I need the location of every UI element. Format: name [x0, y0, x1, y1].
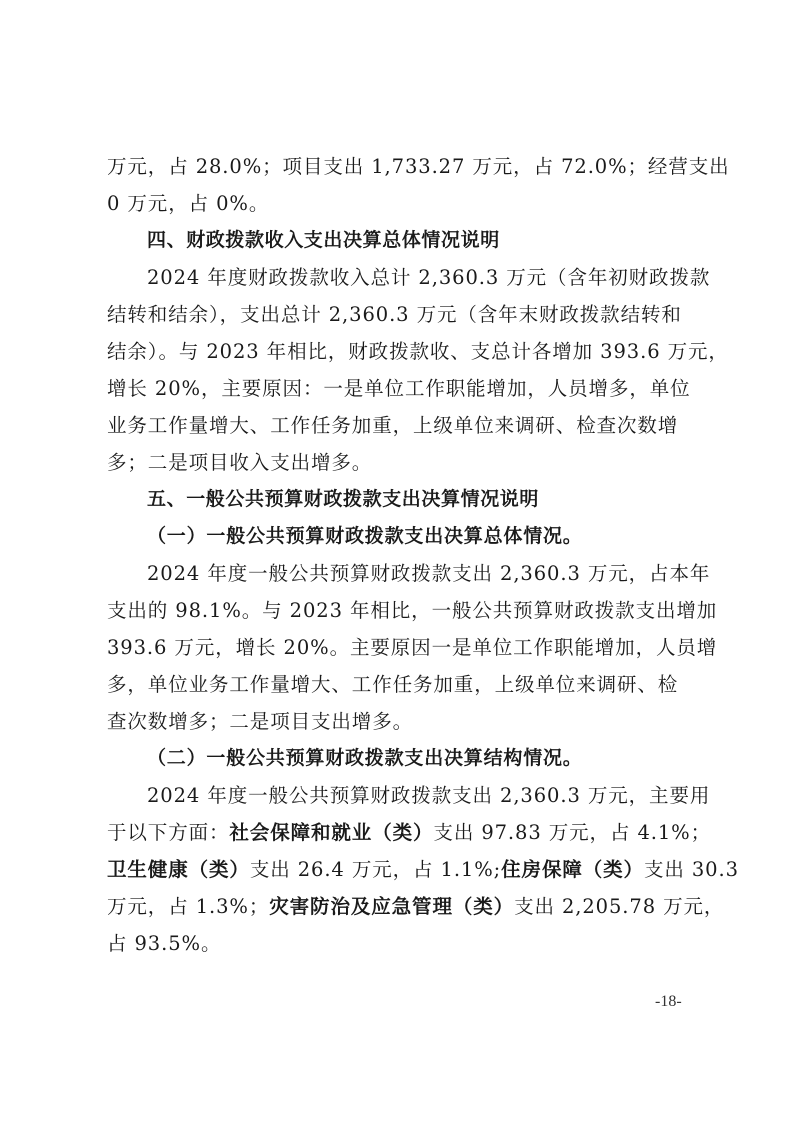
category-label: 住房保障（类）: [501, 858, 644, 881]
body-line: 2024 年度一般公共预算财政拨款支出 2,360.3 万元，主要用: [107, 777, 691, 814]
text-segment: 于以下方面：: [107, 821, 229, 844]
text-segment: 2024 年度一般公共预算财政拨款支出 2,360.3 万元，主要用: [147, 784, 710, 807]
text-segment: 2024 年度财政拨款收入总计 2,360.3 万元（含年初财政拨款: [147, 266, 710, 289]
page-number: -18-: [655, 993, 682, 1011]
text-segment: 多；二是项目收入支出增多。: [107, 451, 372, 474]
text-segment: 支出的 98.1%。与 2023 年相比，一般公共预算财政拨款支出增加: [107, 599, 717, 622]
category-label: 社会保障和就业（类）: [229, 821, 433, 844]
body-line: 支出的 98.1%。与 2023 年相比，一般公共预算财政拨款支出增加: [107, 592, 691, 629]
body-line: 0 万元，占 0%。: [107, 185, 691, 222]
document-page: 万元，占 28.0%；项目支出 1,733.27 万元，占 72.0%；经营支出…: [107, 148, 691, 962]
text-segment: 查次数增多；二是项目支出增多。: [107, 710, 413, 733]
subheading-text: （一）一般公共预算财政拨款支出决算总体情况。: [147, 525, 583, 547]
section-heading-5: 五、一般公共预算财政拨款支出决算情况说明: [107, 481, 691, 518]
text-segment: 支出 26.4 万元，占 1.1%;: [250, 858, 501, 881]
body-line: 查次数增多；二是项目支出增多。: [107, 703, 691, 740]
body-line: 万元，占 1.3%；灾害防治及应急管理（类）支出 2,205.78 万元，: [107, 888, 691, 925]
body-line: 393.6 万元，增长 20%。主要原因一是单位工作职能增加，人员增: [107, 629, 691, 666]
heading-text: 四、财政拨款收入支出决算总体情况说明: [147, 229, 500, 251]
body-line: 占 93.5%。: [107, 925, 691, 962]
text-segment: 万元，占 28.0%；项目支出 1,733.27 万元，占 72.0%；经营支出: [107, 155, 730, 178]
subheading-1: （一）一般公共预算财政拨款支出决算总体情况。: [107, 518, 691, 555]
text-segment: 393.6 万元，增长 20%。主要原因一是单位工作职能增加，人员增: [107, 636, 717, 659]
text-segment: 业务工作量增大、工作任务加重，上级单位来调研、检查次数增: [107, 414, 678, 437]
text-segment: 增长 20%，主要原因：一是单位工作职能增加，人员增多，单位: [107, 377, 691, 400]
text-segment: 万元，占 1.3%；: [107, 895, 269, 918]
subheading-2: （二）一般公共预算财政拨款支出决算结构情况。: [107, 740, 691, 777]
text-segment: 支出 2,205.78 万元，: [514, 895, 724, 918]
category-label: 卫生健康（类）: [107, 858, 250, 881]
body-line: 多；二是项目收入支出增多。: [107, 444, 691, 481]
text-segment: 多，单位业务工作量增大、工作任务加重，上级单位来调研、检: [107, 673, 678, 696]
category-label: 灾害防治及应急管理（类）: [269, 895, 514, 918]
text-segment: 结转和结余），支出总计 2,360.3 万元（含年末财政拨款结转和: [107, 303, 682, 326]
text-segment: 支出 97.83 万元，占 4.1%；: [433, 821, 711, 844]
body-line: 增长 20%，主要原因：一是单位工作职能增加，人员增多，单位: [107, 370, 691, 407]
text-segment: 2024 年度一般公共预算财政拨款支出 2,360.3 万元，占本年: [147, 562, 710, 585]
heading-text: 五、一般公共预算财政拨款支出决算情况说明: [147, 488, 539, 510]
body-line: 多，单位业务工作量增大、工作任务加重，上级单位来调研、检: [107, 666, 691, 703]
body-line: 业务工作量增大、工作任务加重，上级单位来调研、检查次数增: [107, 407, 691, 444]
text-segment: 占 93.5%。: [107, 932, 221, 955]
body-line: 2024 年度一般公共预算财政拨款支出 2,360.3 万元，占本年: [107, 555, 691, 592]
text-segment: 结余）。与 2023 年相比，财政拨款收、支总计各增加 393.6 万元，: [107, 340, 729, 363]
section-heading-4: 四、财政拨款收入支出决算总体情况说明: [107, 222, 691, 259]
body-line: 卫生健康（类）支出 26.4 万元，占 1.1%;住房保障（类）支出 30.3: [107, 851, 691, 888]
body-line: 于以下方面：社会保障和就业（类）支出 97.83 万元，占 4.1%；: [107, 814, 691, 851]
body-line: 结转和结余），支出总计 2,360.3 万元（含年末财政拨款结转和: [107, 296, 691, 333]
subheading-text: （二）一般公共预算财政拨款支出决算结构情况。: [147, 747, 583, 769]
body-line: 2024 年度财政拨款收入总计 2,360.3 万元（含年初财政拨款: [107, 259, 691, 296]
body-line: 万元，占 28.0%；项目支出 1,733.27 万元，占 72.0%；经营支出: [107, 148, 691, 185]
body-line: 结余）。与 2023 年相比，财政拨款收、支总计各增加 393.6 万元，: [107, 333, 691, 370]
text-segment: 0 万元，占 0%。: [107, 192, 269, 215]
text-segment: 支出 30.3: [644, 858, 739, 881]
